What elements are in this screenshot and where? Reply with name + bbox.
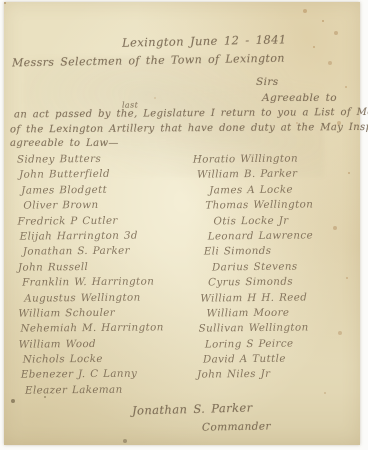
signature-title: Commander <box>202 420 271 433</box>
body-line-3: agreeable to Law— <box>10 138 119 149</box>
signer-name: David A Tuttle <box>195 351 315 368</box>
signer-name: Fredrick P Cutler <box>17 213 162 230</box>
signer-name: Horatio Willington <box>193 151 313 168</box>
signer-name: William H H. Reed <box>194 290 314 307</box>
signer-name: John Niles Jr <box>195 367 315 384</box>
signer-name: Otis Locke Jr <box>193 213 313 230</box>
signer-name: Cyrus Simonds <box>194 274 314 291</box>
interlinear-insert: last <box>122 101 138 110</box>
manuscript-page: Lexington June 12 - 1841 Messrs Selectme… <box>4 2 360 445</box>
signer-name: Sidney Butters <box>17 151 162 168</box>
signer-name: Darius Stevens <box>194 259 314 276</box>
signer-name: Jonathan S. Parker <box>18 244 163 261</box>
body-line-1-start: an act passed by the, <box>14 109 138 121</box>
signer-name: William B. Parker <box>193 167 313 184</box>
body-line-1-end: Legislature I return to you a List of Me… <box>143 107 368 120</box>
signer-name: John Butterfield <box>17 167 162 184</box>
signer-name: Nichols Locke <box>19 351 164 368</box>
signature-name: Jonathan S. Parker <box>132 400 253 417</box>
signer-name: William Moore <box>194 305 314 322</box>
signer-name: Elijah Harrington 3d <box>18 228 163 245</box>
body-lead-in: Agreeable to <box>262 92 337 104</box>
signer-name: Eli Simonds <box>194 244 314 261</box>
signer-name: Thomas Wellington <box>193 198 313 215</box>
signer-column-left: Sidney Butters John Butterfield James Bl… <box>17 151 164 399</box>
signer-name: Nehemiah M. Harrington <box>18 321 163 338</box>
signer-name: John Russell <box>18 259 163 276</box>
signer-name: Loring S Peirce <box>195 336 315 353</box>
signer-name: Eleazer Lakeman <box>19 382 164 399</box>
foxing-spots <box>4 2 6 4</box>
signer-name: Oliver Brown <box>17 198 162 215</box>
signer-name: Sullivan Wellington <box>195 321 315 338</box>
signer-name: James Blodgett <box>17 182 162 199</box>
signer-name: James A Locke <box>193 182 313 199</box>
greeting: Sirs <box>256 76 279 88</box>
signer-name: William Schouler <box>18 305 163 322</box>
signer-name: Augustus Wellington <box>18 290 163 307</box>
signer-name: Ebenezer J. C Lanny <box>19 367 164 384</box>
signer-name: Leonard Lawrence <box>194 228 314 245</box>
dateline: Lexington June 12 - 1841 <box>122 32 287 49</box>
signer-name: Franklin W. Harrington <box>18 274 163 291</box>
signer-name: William Wood <box>19 336 164 353</box>
signer-column-right: Horatio Willington William B. Parker Jam… <box>193 151 315 383</box>
